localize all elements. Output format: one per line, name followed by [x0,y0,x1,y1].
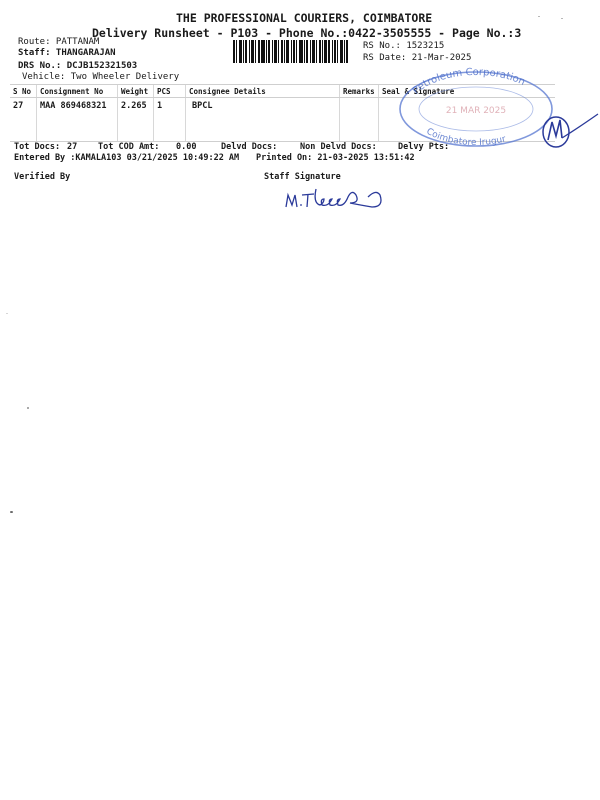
cell-weight: 2.265 [118,98,154,142]
tot-cod-value: 0.00 [176,142,196,152]
col-pcs: PCS [154,85,186,98]
scan-speck [27,407,29,409]
entered-by: Entered By :KAMALA103 03/21/2025 10:49:2… [14,153,239,163]
delvd-docs-label: Delvd Docs: [221,142,277,152]
totals-row: Tot Docs: 27 Tot COD Amt: 0.00 Delvd Doc… [14,142,574,153]
vehicle-label: Vehicle: Two Wheeler Delivery [22,72,179,82]
printed-on: Printed On: 21-03-2025 13:51:42 [256,153,415,163]
tot-docs-label: Tot Docs: [14,142,60,152]
col-consignment-no: Consignment No [37,85,118,98]
scan-speck [561,18,563,19]
col-remarks: Remarks [340,85,379,98]
handwritten-signature [280,185,400,215]
verified-by-label: Verified By [14,172,70,182]
col-consignee-details: Consignee Details [186,85,340,98]
route-label: Route: PATTANAM [18,37,99,47]
runsheet-subtitle: Delivery Runsheet - P103 - Phone No.:042… [92,26,521,40]
cell-consignee: BPCL [186,98,340,142]
rs-date: RS Date: 21-Mar-2025 [363,53,471,63]
scan-speck [538,16,540,17]
drs-number: DRS No.: DCJB152321503 [18,61,137,71]
tot-cod-label: Tot COD Amt: [98,142,159,152]
cell-consignment-no: MAA 869468321 [37,98,118,142]
stamp-top-text: Petroleum Corporation [411,67,527,97]
tot-docs-value: 27 [67,142,77,152]
col-s-no: S No [10,85,37,98]
company-seal-stamp: Petroleum Corporation 21 MAR 2025 Coimba… [396,67,556,149]
non-delvd-docs-label: Non Delvd Docs: [300,142,377,152]
company-title: THE PROFESSIONAL COURIERS, COIMBATORE [176,11,432,25]
scan-speck [10,511,13,513]
cell-remarks [340,98,379,142]
delvy-pts-label: Delvy Pts: [398,142,449,152]
col-weight: Weight [118,85,154,98]
stamp-date-text: 21 MAR 2025 [446,106,506,116]
staff-signature-label: Staff Signature [264,172,341,182]
scan-speck [6,313,8,314]
svg-text:Petroleum Corporation: Petroleum Corporation [411,67,527,97]
rs-number: RS No.: 1523215 [363,41,444,51]
cell-s-no: 27 [10,98,37,142]
barcode [233,40,353,63]
cell-pcs: 1 [154,98,186,142]
staff-label: Staff: THANGARAJAN [18,48,116,58]
